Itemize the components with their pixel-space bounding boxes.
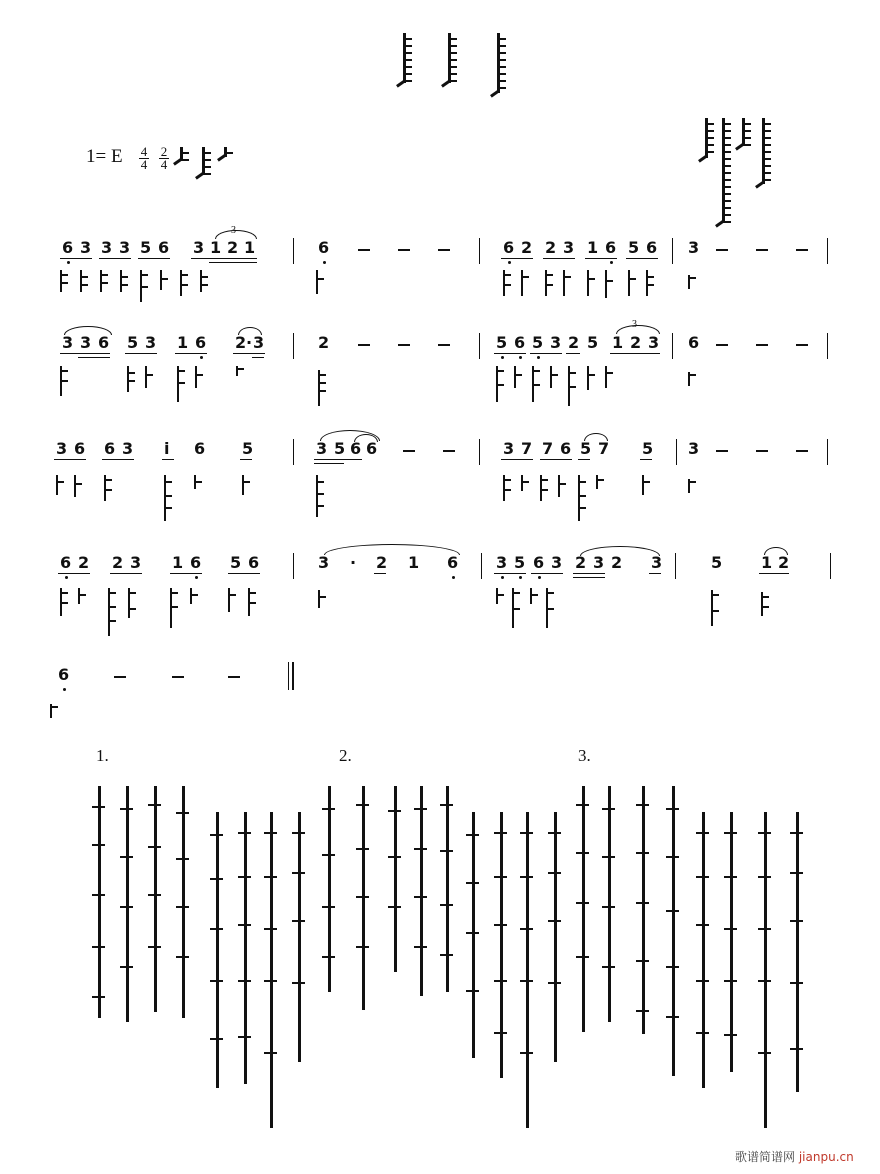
time-signature-2-4: 2 4 <box>159 146 169 171</box>
title-script-column <box>497 33 506 93</box>
key-signature: 1= E <box>86 146 123 168</box>
barline <box>827 439 828 465</box>
barline <box>479 238 480 264</box>
barline <box>479 439 480 465</box>
verse-number-3: 3. <box>578 746 591 766</box>
verse-number-2: 2. <box>339 746 352 766</box>
verse-number-1: 1. <box>96 746 109 766</box>
score-line-5: 6 <box>0 662 880 722</box>
barline <box>293 333 294 359</box>
barline <box>672 333 673 359</box>
barline <box>293 553 294 579</box>
barline <box>479 333 480 359</box>
watermark: 歌谱简谱网 jianpu.cn <box>735 1148 854 1165</box>
barline <box>675 553 676 579</box>
barline <box>481 553 482 579</box>
barline <box>293 238 294 264</box>
final-double-barline <box>288 662 289 690</box>
barline <box>830 553 831 579</box>
score-line-1: 63 33 56 3121 3 6 62 23 16 56 3 <box>0 235 880 295</box>
barline <box>676 439 677 465</box>
barline <box>827 333 828 359</box>
title-script-column <box>403 33 412 83</box>
time-signature-4-4: 4 4 <box>139 146 149 171</box>
barline <box>827 238 828 264</box>
barline <box>672 238 673 264</box>
barline <box>293 439 294 465</box>
title-script-column <box>448 33 457 83</box>
score-line-3: 36 63 i 6 5 3566 37 76 5 7 5 3 <box>0 436 880 496</box>
